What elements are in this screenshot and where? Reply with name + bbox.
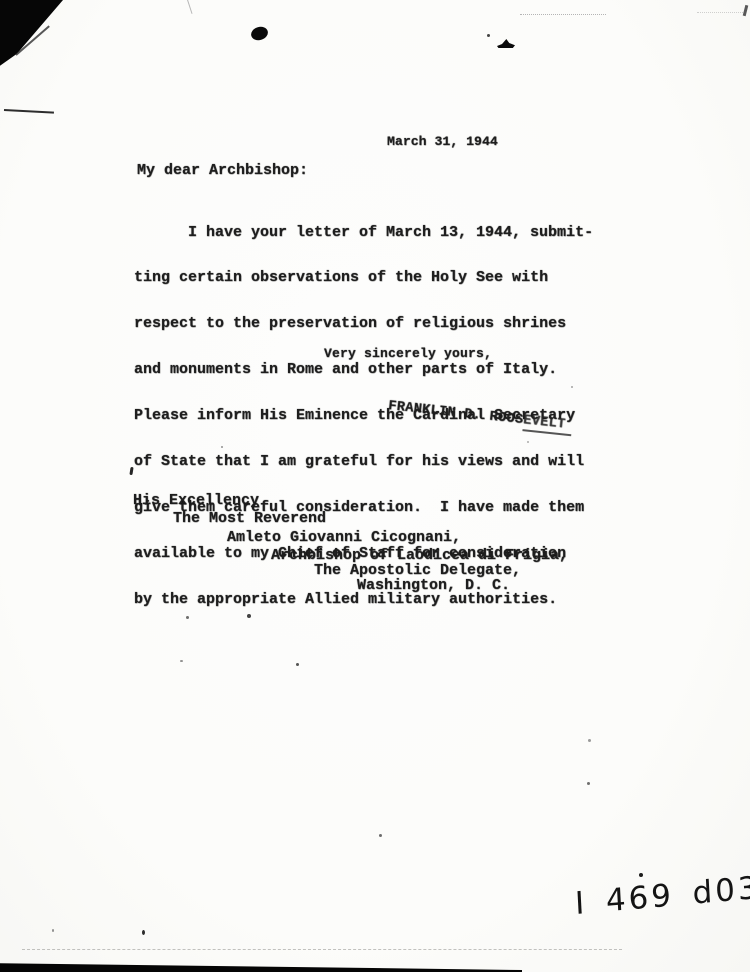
body-line: I have your letter of March 13, 1944, su… [134,225,593,240]
body-line: of State that I am grateful for his view… [134,454,593,469]
scan-speck [180,660,183,662]
scan-speck [588,739,591,742]
letter-salutation: My dear Archbishop: [137,162,308,179]
scan-speck [379,834,382,837]
stray-ink-mark [129,467,133,475]
handwritten-annotation: I 469 d03 [574,870,750,922]
address-line: His Excellency [133,492,259,509]
scan-speck [487,34,490,37]
scan-corner-fold [0,0,70,70]
ink-dot-artifact [250,25,270,42]
letter-closing: Very sincerely yours, [324,346,492,361]
address-line: The Most Reverend [173,510,326,527]
scan-speck [296,663,299,666]
scan-bottom-crease [22,949,622,950]
scan-speck [52,929,54,932]
scan-bottom-edge [0,962,522,972]
scan-dotted-line [520,14,606,15]
scan-dotted-line [697,12,743,13]
recipient-address: His Excellency The Most Reverend Amleto … [130,492,166,628]
scan-speck [587,782,590,785]
stray-ink-dot [639,873,643,877]
body-line: by the appropriate Allied military autho… [134,592,593,607]
scan-corner-stroke [4,109,54,114]
address-line: Washington, D. C. [357,577,510,594]
scan-top-scratch [186,0,192,14]
scanned-letter-page: March 31, 1944 My dear Archbishop: I hav… [0,0,750,972]
ink-blob-artifact [497,39,515,48]
body-line: ting certain observations of the Holy Se… [134,270,593,285]
body-line: and monuments in Rome and other parts of… [134,362,593,377]
scan-speck [142,930,145,935]
address-line: Amleto Giovanni Cicognani, [227,529,461,546]
scan-corner-tick [743,5,748,16]
letter-date: March 31, 1944 [387,134,498,149]
body-line: respect to the preservation of religious… [134,316,593,331]
